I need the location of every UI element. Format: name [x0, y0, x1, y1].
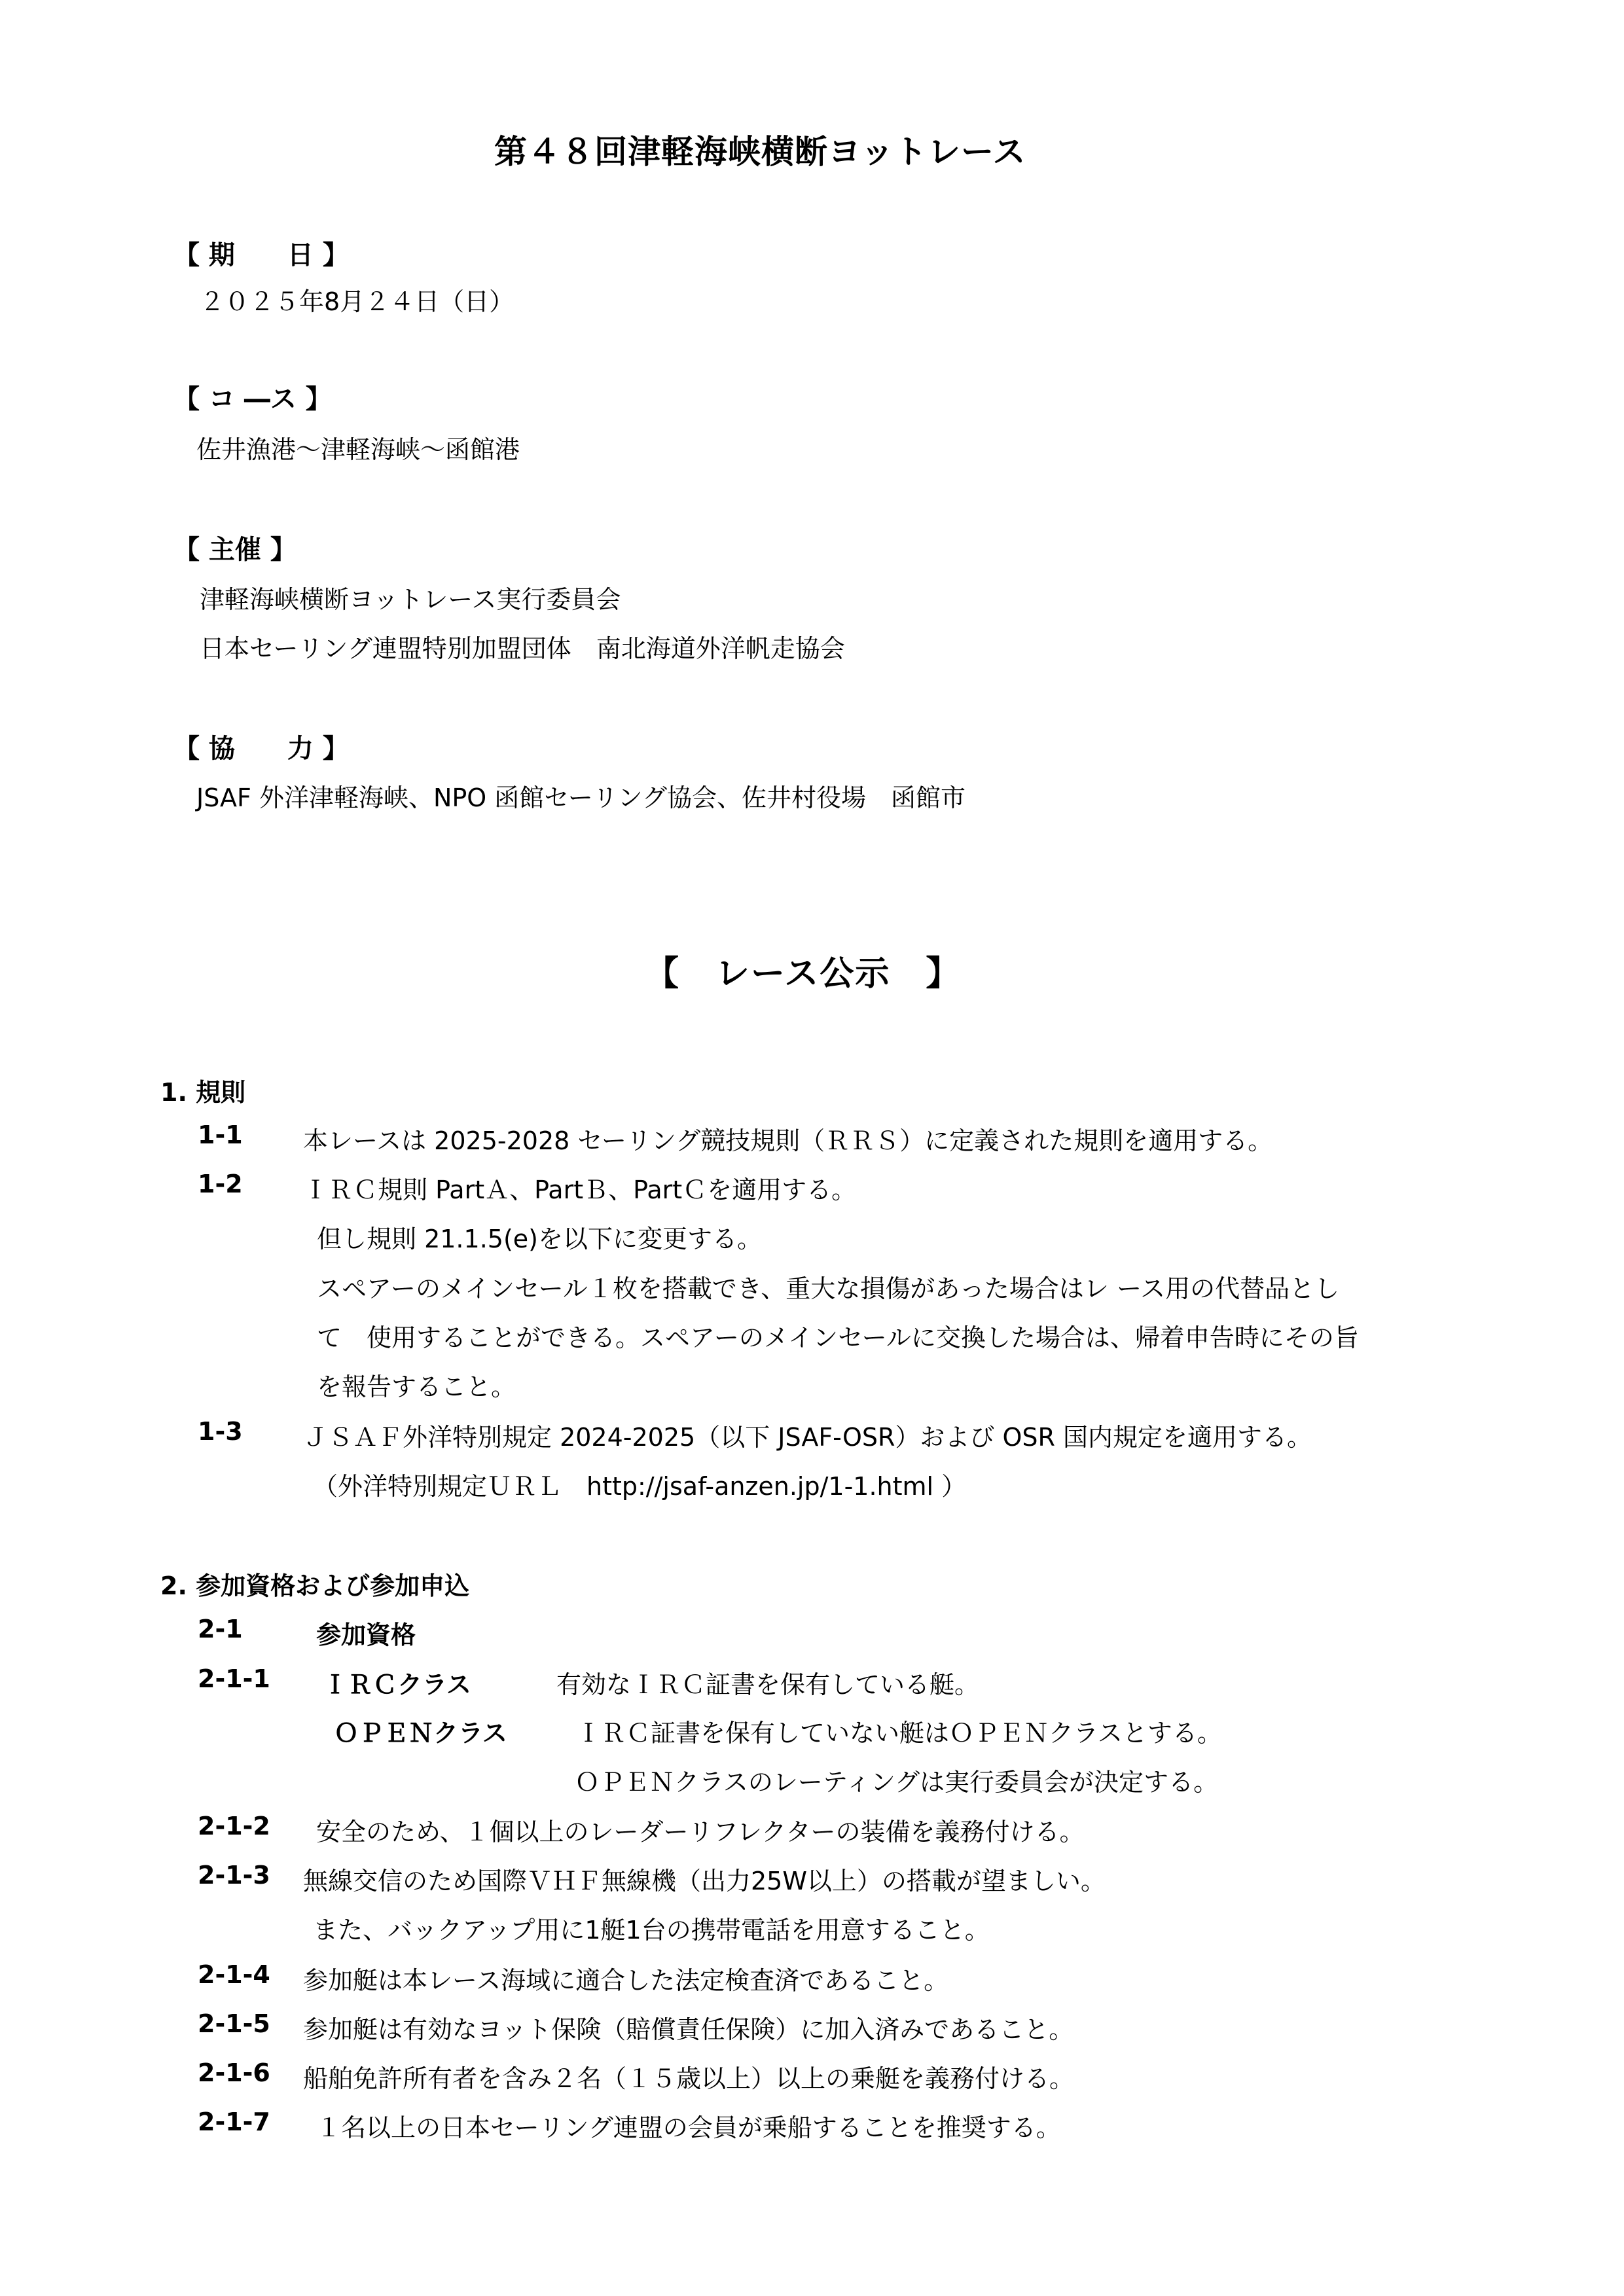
- item-number: 2-1-4: [198, 1960, 270, 1989]
- osr-url-text: （外洋特別規定ＵＲＬ http://jsaf-anzen.jp/1-1.html…: [313, 1466, 966, 1502]
- item-number: 2-1-5: [198, 2009, 270, 2038]
- organizer-line: 津軽海峡横断ヨットレース実行委員会: [200, 579, 621, 615]
- subsection-number: 2-1: [198, 1615, 243, 1643]
- item-text: 安全のため、１個以上のレーダーリフレクターの装備を義務付ける。: [316, 1812, 1084, 1848]
- section-heading-eligibility: 2. 参加資格および参加申込: [160, 1566, 469, 1602]
- item-continuation: また、バックアップ用に1艇1台の携帯電話を用意すること。: [313, 1910, 990, 1946]
- item-text: ＩＲＣ証書を保有していない艇はＯＰＥＮクラスとする。: [576, 1713, 1222, 1749]
- item-number: 1-1: [198, 1121, 243, 1149]
- subsection-title: 参加資格: [316, 1615, 416, 1651]
- item-continuation: て 使用することができる。スペアーのメインセールに交換した場合は、帰着申告時にそ…: [317, 1318, 1359, 1354]
- section-heading-rules: 1. 規則: [160, 1072, 245, 1108]
- cooperation-heading: 【 協 力 】: [173, 728, 349, 765]
- item-continuation: 但し規則 21.1.5(e)を以下に変更する。: [317, 1219, 762, 1255]
- item-number: 2-1-6: [198, 2058, 270, 2087]
- date-value: ２０２５年8月２４日（日）: [200, 281, 514, 317]
- date-heading: 【 期 日 】: [173, 234, 349, 272]
- organizer-heading: 【 主催 】: [173, 529, 297, 566]
- item-text: 有効なＩＲＣ証書を保有している艇。: [556, 1664, 979, 1700]
- class-label-irc: ＩＲＣクラス: [323, 1664, 471, 1700]
- item-text: 参加艇は有効なヨット保険（賠償責任保険）に加入済みであること。: [303, 2009, 1074, 2045]
- item-text: 船舶免許所有者を含み２名（１５歳以上）以上の乗艇を義務付ける。: [303, 2058, 1074, 2094]
- course-value: 佐井漁港～津軽海峡～函館港: [196, 429, 520, 465]
- item-number: 1-2: [198, 1170, 243, 1198]
- item-text: 本レースは 2025-2028 セーリング競技規則（ＲＲＳ）に定義された規則を適…: [303, 1121, 1272, 1157]
- item-number: 1-3: [198, 1417, 243, 1446]
- item-continuation: スペアーのメインセール１枚を搭載でき、重大な損傷があった場合はレ ース用の代替品…: [317, 1268, 1339, 1304]
- cooperation-value: JSAF 外洋津軽海峡、NPO 函館セーリング協会、佐井村役場 函館市: [196, 778, 965, 814]
- item-text: 参加艇は本レース海域に適合した法定検査済であること。: [303, 1960, 948, 1996]
- item-number: 2-1-1: [198, 1664, 270, 1693]
- notice-title: 【 レース公示 】: [645, 946, 961, 995]
- item-text: １名以上の日本セーリング連盟の会員が乗船することを推奨する。: [316, 2108, 1061, 2144]
- class-label-open: ＯＰＥＮクラス: [334, 1713, 507, 1749]
- item-number: 2-1-2: [198, 1812, 270, 1840]
- item-text: ＪＳＡＦ外洋特別規定 2024-2025（以下 JSAF-OSR）および OSR…: [303, 1417, 1312, 1453]
- item-text: ＯＰＥＮクラスのレーティングは実行委員会が決定する。: [575, 1762, 1218, 1798]
- item-continuation: を報告すること。: [317, 1367, 516, 1403]
- item-text: 無線交信のため国際ＶＨＦ無線機（出力25W以上）の搭載が望ましい。: [303, 1861, 1106, 1897]
- course-heading: 【 コ ―ス 】: [173, 378, 332, 416]
- document-title: 第４８回津軽海峡横断ヨットレース: [494, 126, 1026, 173]
- item-text: ＩＲＣ規則 PartＡ、PartＢ、PartＣを適用する。: [303, 1170, 856, 1206]
- item-number: 2-1-3: [198, 1861, 270, 1890]
- item-number: 2-1-7: [198, 2108, 270, 2136]
- organizer-line: 日本セーリング連盟特別加盟団体 南北海道外洋帆走協会: [200, 628, 845, 664]
